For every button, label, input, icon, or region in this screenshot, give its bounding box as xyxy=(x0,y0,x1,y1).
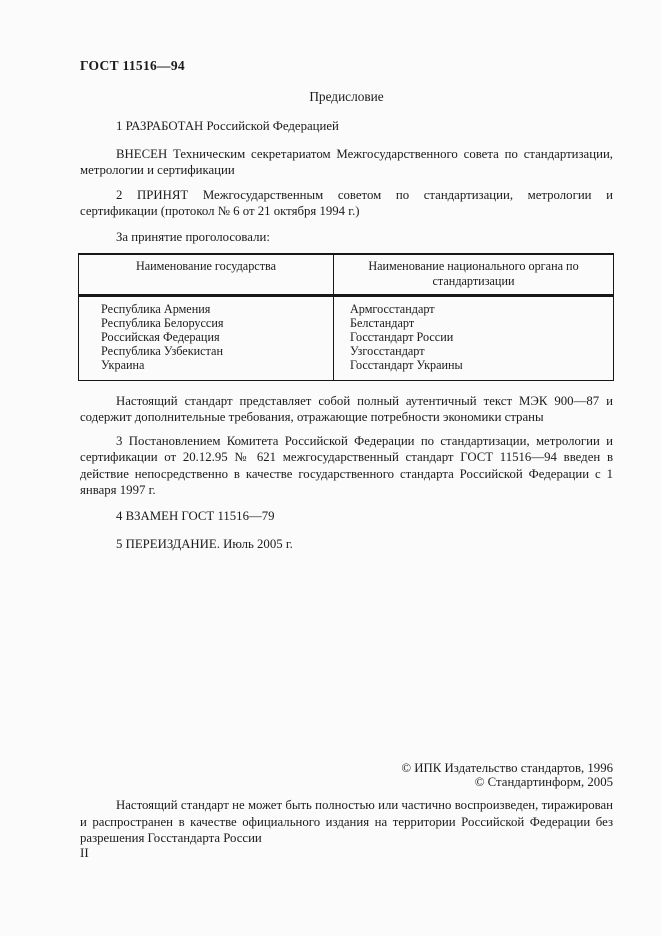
state-cell: Украина xyxy=(79,359,334,380)
footer-note: Настоящий стандарт не может быть полност… xyxy=(80,797,613,847)
body-cell: Госстандарт Украины xyxy=(334,359,614,380)
doc-code: ГОСТ 11516—94 xyxy=(80,58,613,75)
document-page: ГОСТ 11516—94 Предисловие 1 РАЗРАБОТАН Р… xyxy=(0,0,661,936)
table-row: Республика Узбекистан Узгосстандарт xyxy=(79,345,614,359)
page-title: Предисловие xyxy=(80,89,613,106)
table-row: Республика Белоруссия Белстандарт xyxy=(79,317,614,331)
column-header-state: Наименование государства xyxy=(79,254,334,296)
state-cell: Российская Федерация xyxy=(79,331,334,345)
vote-table: Наименование государства Наименование на… xyxy=(78,253,614,381)
copyright-line-standartinform: © Стандартинформ, 2005 xyxy=(401,776,613,790)
clause-adopted: 2 ПРИНЯТ Межгосударственным советом по с… xyxy=(80,187,613,220)
clause-authentic-text: Настоящий стандарт представляет собой по… xyxy=(80,393,613,426)
table-row: Республика Армения Армгосстандарт xyxy=(79,296,614,317)
state-cell: Республика Узбекистан xyxy=(79,345,334,359)
body-cell: Госстандарт России xyxy=(334,331,614,345)
clause-submitted: ВНЕСЕН Техническим секретариатом Межгосу… xyxy=(80,146,613,179)
state-cell: Республика Белоруссия xyxy=(79,317,334,331)
body-cell: Узгосстандарт xyxy=(334,345,614,359)
copyright-line-publisher: © ИПК Издательство стандартов, 1996 xyxy=(401,762,613,776)
state-cell: Республика Армения xyxy=(79,296,334,317)
body-cell: Армгосстандарт xyxy=(334,296,614,317)
clause-developed: 1 РАЗРАБОТАН Российской Федерацией xyxy=(80,118,613,135)
table-row: Российская Федерация Госстандарт России xyxy=(79,331,614,345)
vote-table-header: Наименование государства Наименование на… xyxy=(79,254,614,296)
clause-replaces: 4 ВЗАМЕН ГОСТ 11516—79 xyxy=(80,508,613,525)
page-number: II xyxy=(80,845,89,862)
table-row: Украина Госстандарт Украины xyxy=(79,359,614,380)
body-cell: Белстандарт xyxy=(334,317,614,331)
table-header-row: Наименование государства Наименование на… xyxy=(79,254,614,296)
clause-reissue: 5 ПЕРЕИЗДАНИЕ. Июль 2005 г. xyxy=(80,536,613,553)
clause-enacted: 3 Постановлением Комитета Российской Фед… xyxy=(80,433,613,499)
column-header-body: Наименование национального органа по ста… xyxy=(334,254,614,296)
vote-table-body: Республика Армения Армгосстандарт Респуб… xyxy=(79,296,614,381)
copyright-block: © ИПК Издательство стандартов, 1996 © Ст… xyxy=(401,762,613,790)
vote-intro: За принятие проголосовали: xyxy=(80,229,613,246)
